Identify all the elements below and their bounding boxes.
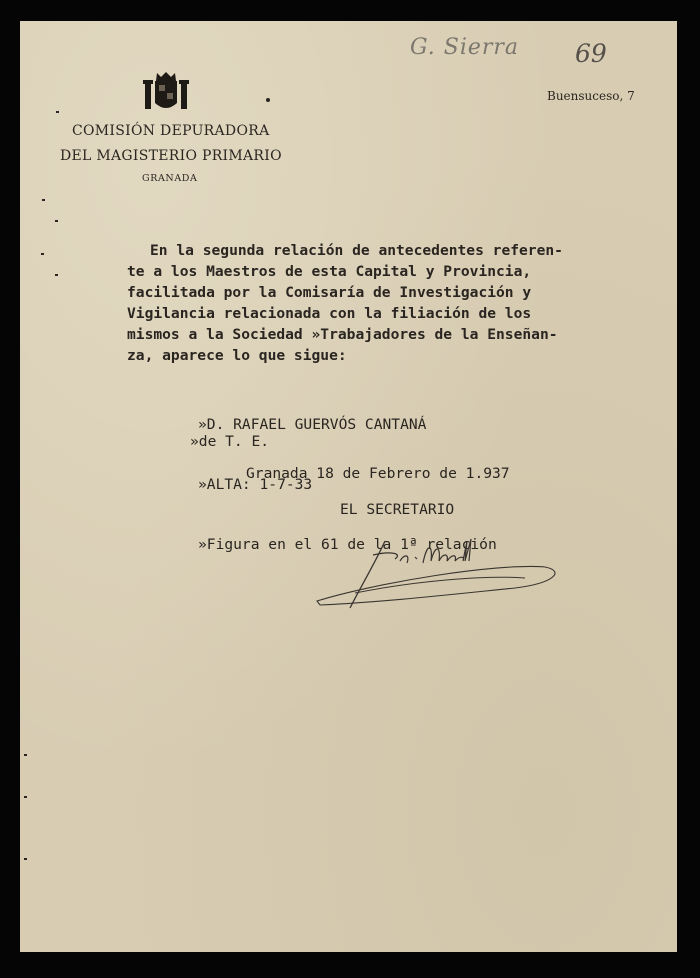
document-page: COMISIÓN DEPURADORA DEL MAGISTERIO PRIMA… bbox=[20, 21, 677, 952]
punch-mark bbox=[24, 858, 27, 860]
punch-mark bbox=[55, 220, 58, 222]
body-line: En la segunda relación de antecedentes r… bbox=[150, 240, 563, 261]
body-line: facilitada por la Comisaría de Investiga… bbox=[127, 282, 563, 303]
punch-mark bbox=[56, 111, 59, 113]
body-line: te a los Maestros de esta Capital y Prov… bbox=[127, 261, 563, 282]
punch-mark bbox=[42, 199, 45, 201]
letterhead-city: GRANADA bbox=[142, 173, 197, 184]
punch-mark bbox=[55, 274, 58, 276]
pencil-annotation-name: G. Sierra bbox=[410, 35, 519, 60]
punch-mark bbox=[41, 253, 44, 255]
signatory-title: EL SECRETARIO bbox=[340, 499, 454, 520]
coat-of-arms-icon bbox=[142, 71, 190, 115]
letterhead-address: Buensuceso, 7 bbox=[547, 89, 635, 103]
body-paragraph: En la segunda relación de antecedentes r… bbox=[150, 240, 563, 366]
punch-mark bbox=[24, 796, 27, 798]
body-line: za, aparece lo que sigue: bbox=[127, 345, 563, 366]
body-line: mismos a la Sociedad »Trabajadores de la… bbox=[127, 324, 563, 345]
letterhead-line-1: COMISIÓN DEPURADORA bbox=[72, 123, 269, 139]
pencil-page-number: 69 bbox=[575, 39, 607, 68]
handwritten-signature bbox=[315, 533, 565, 613]
quoted-continuation: »de T. E. bbox=[190, 431, 269, 452]
place-and-date: Granada 18 de Febrero de 1.937 bbox=[246, 463, 510, 484]
letterhead-line-2: DEL MAGISTERIO PRIMARIO bbox=[60, 148, 282, 164]
body-line: Vigilancia relacionada con la filiación … bbox=[127, 303, 563, 324]
ink-dot bbox=[266, 98, 270, 102]
punch-mark bbox=[24, 754, 27, 756]
